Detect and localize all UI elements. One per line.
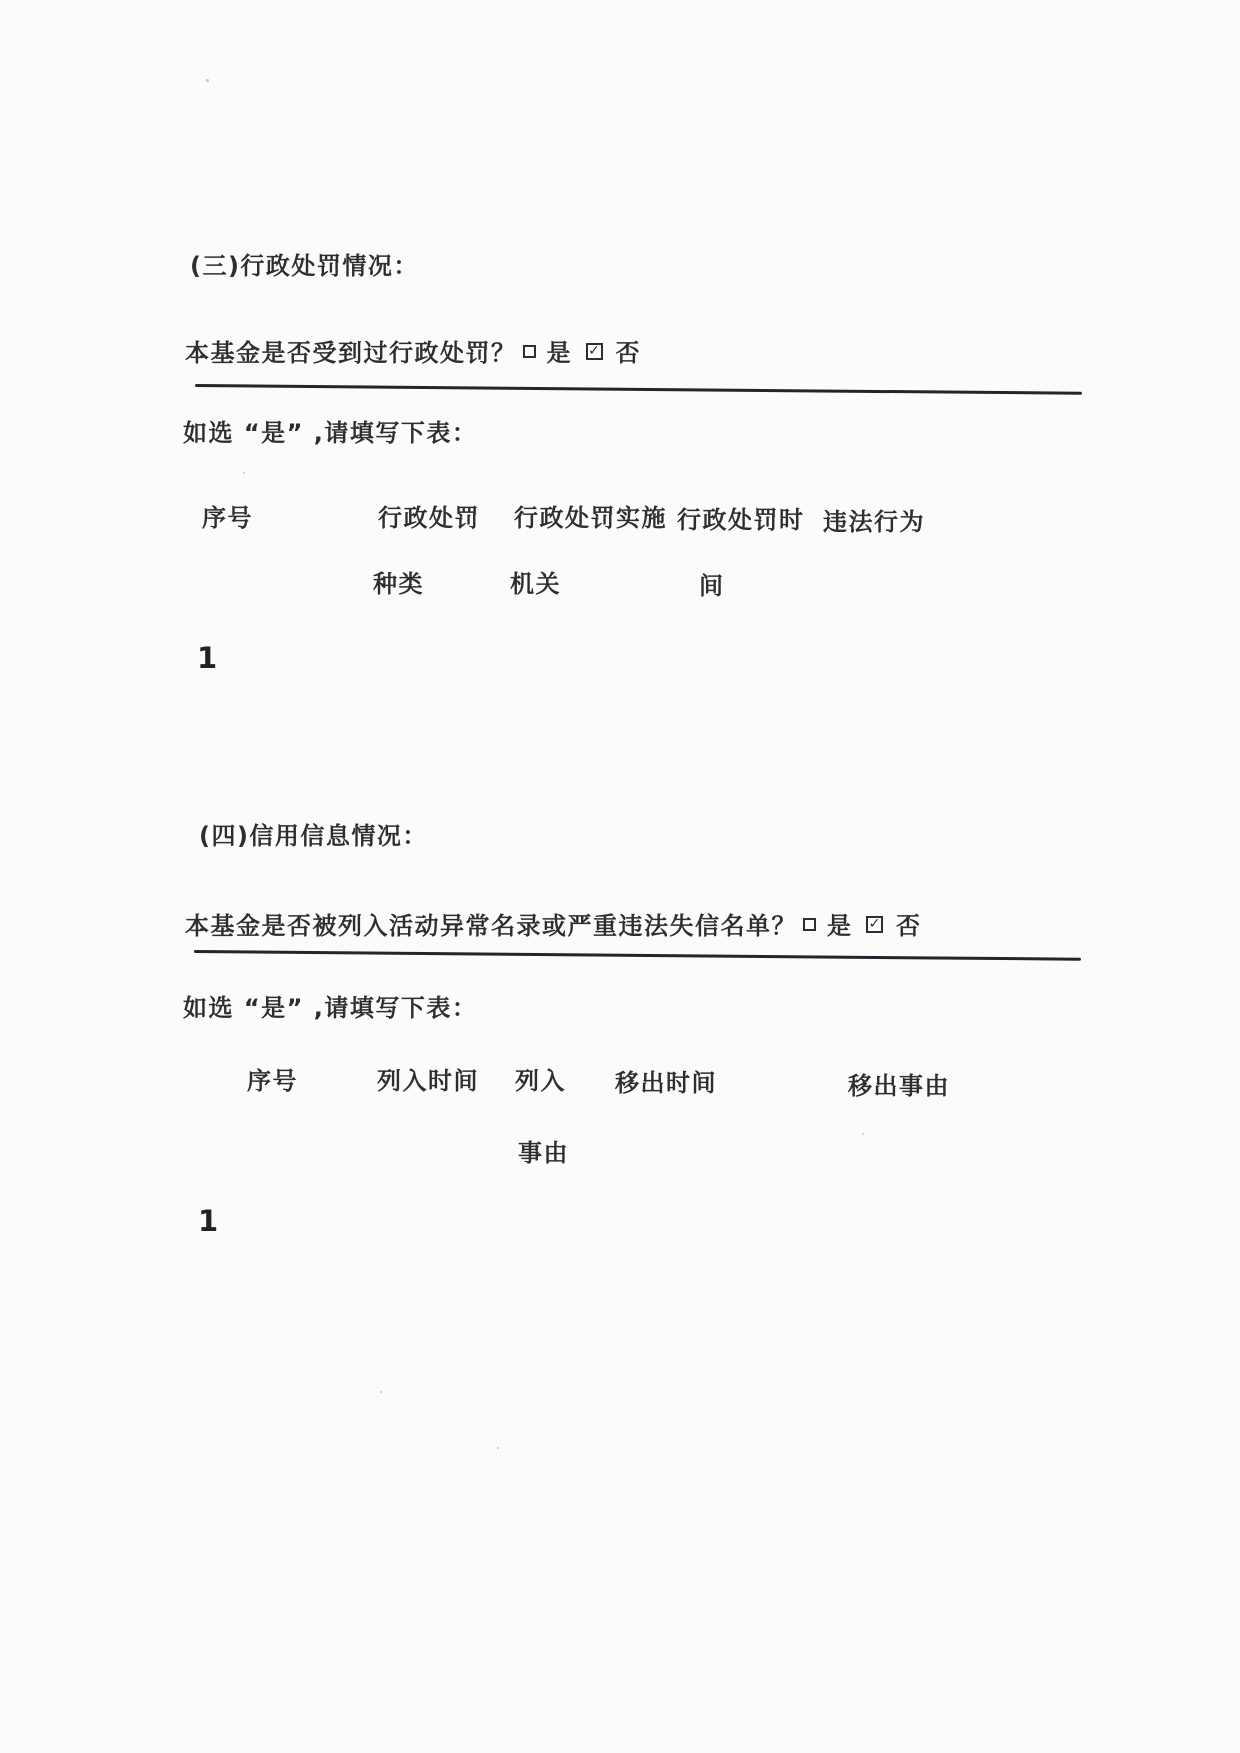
penalty-header-type-l1: 行政处罚 — [378, 504, 480, 533]
penalty-no-checkbox[interactable]: ✓ — [586, 343, 603, 360]
penalty-header-authority-l1: 行政处罚实施 — [514, 504, 667, 533]
penalty-header-time-l2: 间 — [699, 572, 725, 601]
credit-header-listed-reason-l2: 事由 — [518, 1139, 569, 1168]
scan-speck — [206, 79, 209, 82]
credit-question-row: 本基金是否被列入活动异常名录或严重违法失信名单？ 是 ✓ 否 — [185, 906, 921, 941]
penalty-section-heading: (三)行政处罚情况： — [190, 252, 419, 281]
credit-header-listed-time: 列入时间 — [377, 1067, 479, 1096]
penalty-header-seq: 序号 — [202, 504, 253, 533]
penalty-header-type-l2: 种类 — [373, 570, 424, 599]
penalty-header-illegal-act: 违法行为 — [823, 508, 925, 537]
credit-yes-checkbox[interactable] — [803, 918, 816, 931]
credit-question-text: 本基金是否被列入活动异常名录或严重违法失信名单？ — [185, 906, 797, 941]
penalty-question-text: 本基金是否受到过行政处罚？ — [185, 333, 517, 368]
credit-row-index: 1 — [198, 1204, 218, 1238]
scan-speck — [380, 1391, 382, 1393]
horizontal-rule — [194, 950, 1081, 961]
credit-yes-label: 是 — [827, 906, 852, 941]
scan-speck — [862, 1133, 864, 1135]
scan-speck — [497, 1447, 499, 1449]
penalty-fill-hint: 如选 “是” ,请填写下表： — [183, 419, 477, 448]
scan-speck — [243, 472, 245, 474]
penalty-question-row: 本基金是否受到过行政处罚？ 是 ✓ 否 — [185, 333, 641, 368]
penalty-no-label: 否 — [616, 333, 641, 368]
penalty-yes-checkbox[interactable] — [523, 345, 536, 358]
credit-no-label: 否 — [896, 906, 921, 941]
credit-header-removed-reason: 移出事由 — [848, 1072, 950, 1101]
scanned-document-page: (三)行政处罚情况： 本基金是否受到过行政处罚？ 是 ✓ 否 如选 “是” ,请… — [0, 0, 1240, 1753]
penalty-header-authority-l2: 机关 — [510, 570, 561, 599]
credit-fill-hint: 如选 “是” ,请填写下表： — [183, 994, 477, 1023]
horizontal-rule — [195, 384, 1082, 395]
penalty-row-index: 1 — [197, 641, 217, 675]
credit-no-checkbox[interactable]: ✓ — [866, 916, 883, 933]
penalty-yes-label: 是 — [547, 333, 572, 368]
credit-header-removed-time: 移出时间 — [615, 1069, 717, 1098]
credit-header-seq: 序号 — [247, 1067, 298, 1096]
credit-header-listed-reason-l1: 列入 — [515, 1067, 566, 1096]
penalty-header-time-l1: 行政处罚时 — [677, 506, 805, 535]
credit-section-heading: (四)信用信息情况： — [199, 822, 428, 851]
